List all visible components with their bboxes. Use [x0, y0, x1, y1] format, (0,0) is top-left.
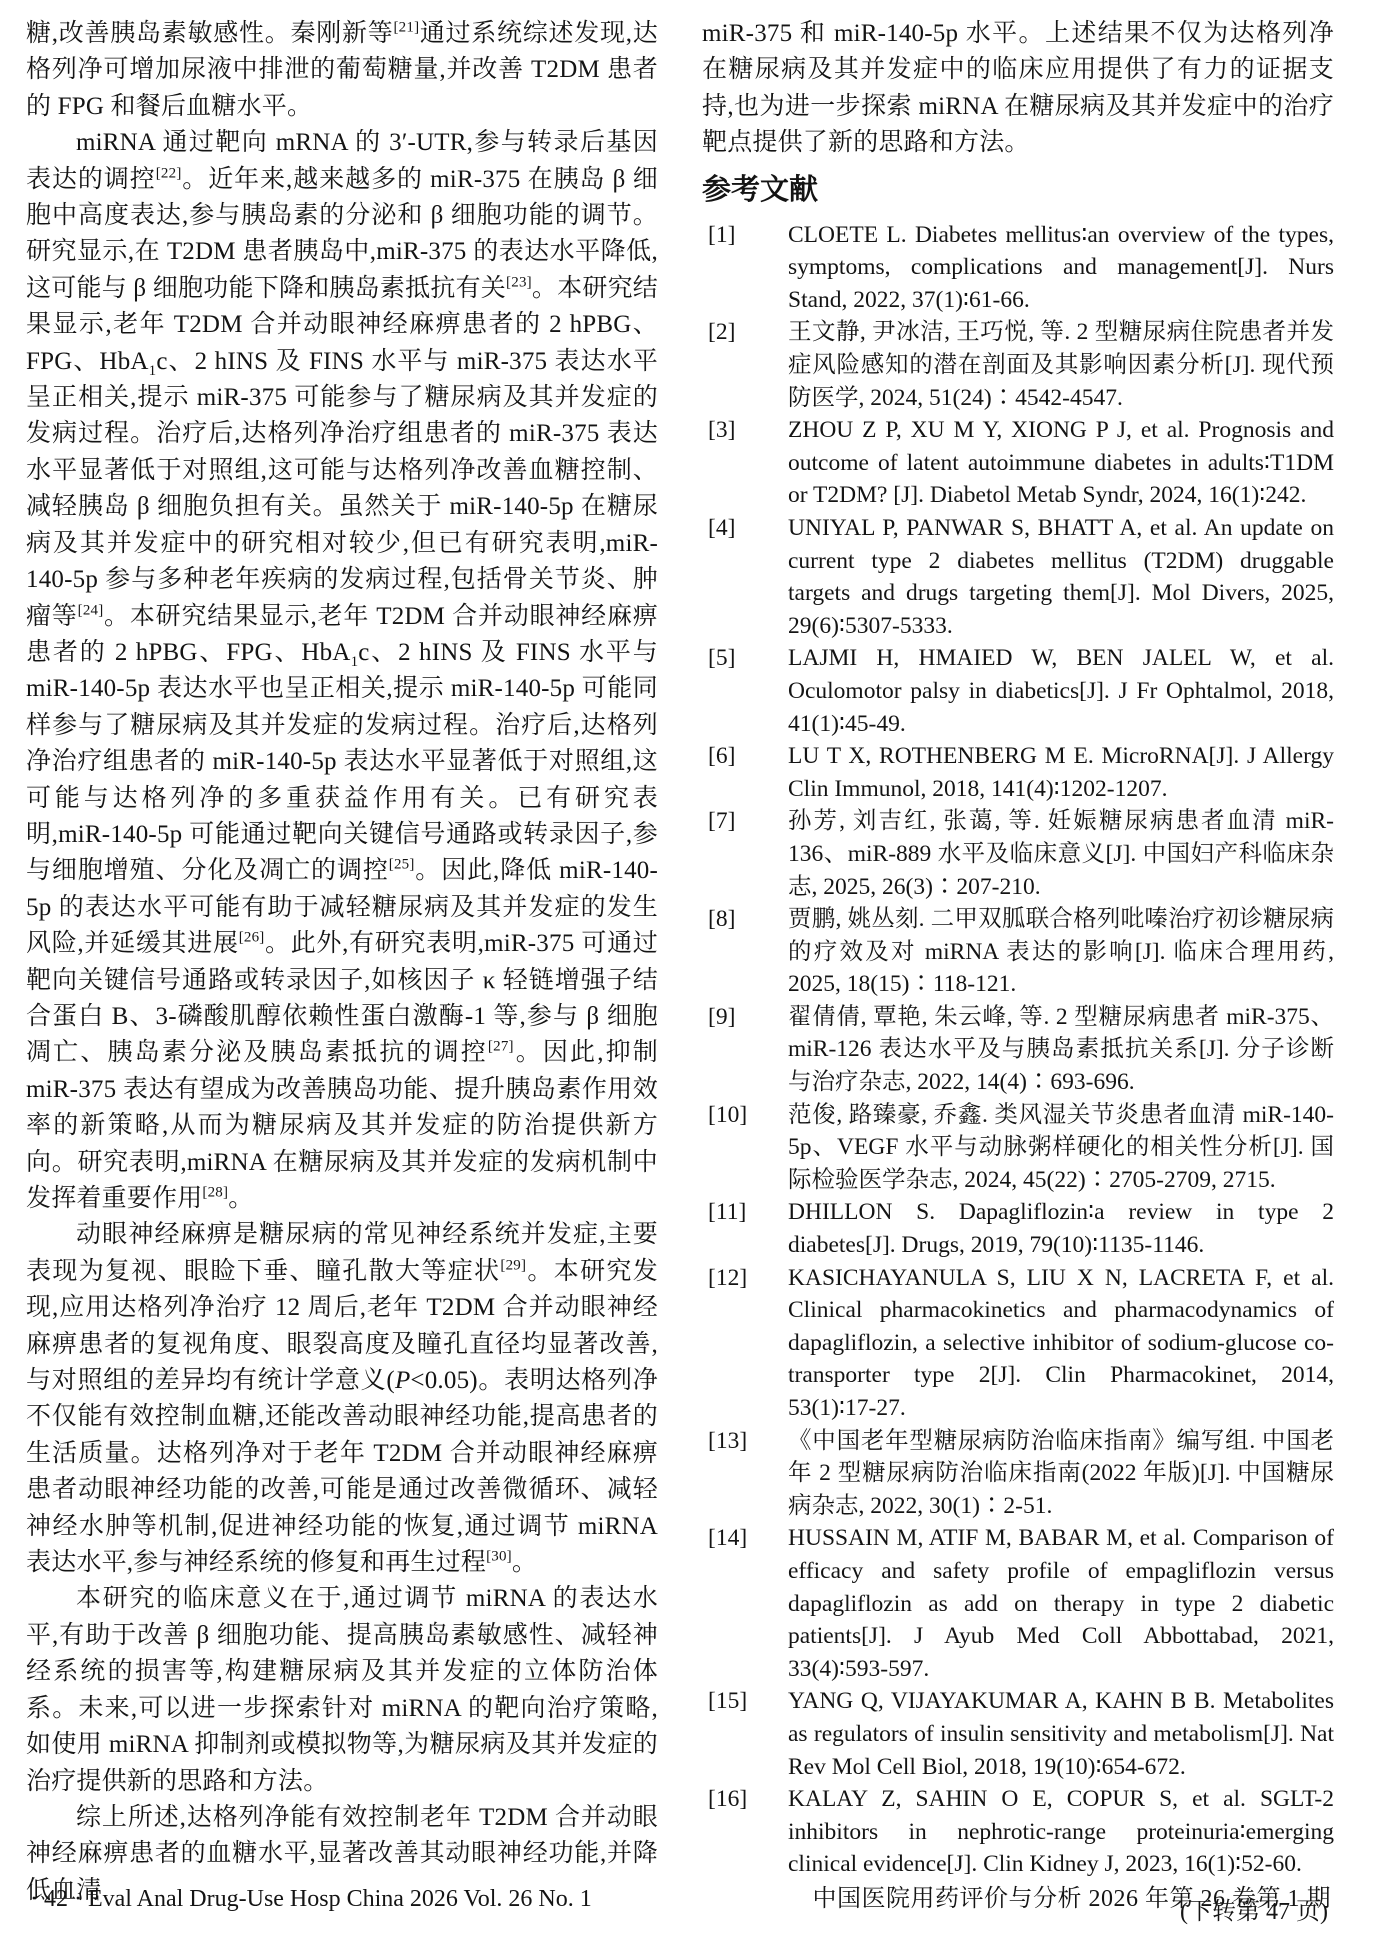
reference-text: LU T X, ROTHENBERG M E. MicroRNA[J]. J A…: [788, 743, 1334, 802]
reference-text: LAJMI H, HMAIED W, BEN JALEL W, et al. O…: [788, 645, 1334, 736]
reference-item: [3] ZHOU Z P, XU M Y, XIONG P J, et al. …: [702, 414, 1334, 512]
reference-number: [6]: [708, 740, 735, 773]
paragraph: miRNA 通过靶向 mRNA 的 3′-UTR,参与转录后基因表达的调控[22…: [26, 125, 658, 1217]
references-heading: 参考文献: [702, 176, 1334, 205]
reference-number: [15]: [708, 1685, 747, 1718]
reference-item: [16] KALAY Z, SAHIN O E, COPUR S, et al.…: [702, 1783, 1334, 1881]
footer-right-journal-info: 中国医院用药评价与分析 2026 年第 26 卷第 1 期: [813, 1884, 1332, 1914]
reference-item: [1] CLOETE L. Diabetes mellitus∶an overv…: [702, 219, 1334, 317]
reference-text: DHILLON S. Dapagliflozin∶a review in typ…: [788, 1199, 1334, 1258]
paragraph: miR-375 和 miR-140-5p 水平。上述结果不仅为达格列净在糖尿病及…: [702, 16, 1334, 162]
reference-item: [12] KASICHAYANULA S, LIU X N, LACRETA F…: [702, 1262, 1334, 1425]
reference-number: [5]: [708, 642, 735, 675]
reference-number: [4]: [708, 512, 735, 545]
paragraph: 本研究的临床意义在于,通过调节 miRNA 的表达水平,有助于改善 β 细胞功能…: [26, 1581, 658, 1799]
reference-item: [14] HUSSAIN M, ATIF M, BABAR M, et al. …: [702, 1522, 1334, 1685]
reference-number: [13]: [708, 1425, 747, 1458]
reference-list: [1] CLOETE L. Diabetes mellitus∶an overv…: [702, 219, 1334, 1881]
reference-item: [15] YANG Q, VIJAYAKUMAR A, KAHN B B. Me…: [702, 1685, 1334, 1783]
reference-text: 王文静, 尹冰洁, 王巧悦, 等. 2 型糖尿病住院患者并发症风险感知的潜在剖面…: [788, 319, 1334, 410]
reference-item: [11] DHILLON S. Dapagliflozin∶a review i…: [702, 1196, 1334, 1261]
reference-text: 《中国老年型糖尿病防治临床指南》编写组. 中国老年 2 型糖尿病防治临床指南(2…: [788, 1428, 1334, 1519]
reference-number: [2]: [708, 316, 735, 349]
reference-number: [14]: [708, 1522, 747, 1555]
reference-item: [10] 范俊, 路臻豪, 乔鑫. 类风湿关节炎患者血清 miR-140-5p、…: [702, 1099, 1334, 1197]
reference-item: [8] 贾鹏, 姚丛刻. 二甲双胍联合格列吡嗪治疗初诊糖尿病的疗效及对 miRN…: [702, 903, 1334, 1001]
reference-item: [4] UNIYAL P, PANWAR S, BHATT A, et al. …: [702, 512, 1334, 642]
reference-text: UNIYAL P, PANWAR S, BHATT A, et al. An u…: [788, 515, 1334, 639]
right-column: miR-375 和 miR-140-5p 水平。上述结果不仅为达格列净在糖尿病及…: [702, 16, 1334, 1929]
reference-text: KALAY Z, SAHIN O E, COPUR S, et al. SGLT…: [788, 1786, 1334, 1877]
page-footer: · 42 · Eval Anal Drug-Use Hosp China 202…: [0, 1884, 1375, 1914]
paragraph: 动眼神经麻痹是糖尿病的常见神经系统并发症,主要表现为复视、眼睑下垂、瞳孔散大等症…: [26, 1217, 658, 1581]
reference-number: [11]: [708, 1196, 746, 1229]
reference-item: [9] 翟倩倩, 覃艳, 朱云峰, 等. 2 型糖尿病患者 miR-375、mi…: [702, 1001, 1334, 1099]
footer-left-journal-info: · 42 · Eval Anal Drug-Use Hosp China 202…: [30, 1884, 592, 1914]
reference-text: HUSSAIN M, ATIF M, BABAR M, et al. Compa…: [788, 1525, 1334, 1681]
paragraph: 糖,改善胰岛素敏感性。秦刚新等[21]通过系统综述发现,达格列净可增加尿液中排泄…: [26, 16, 658, 125]
reference-text: CLOETE L. Diabetes mellitus∶an overview …: [788, 222, 1334, 313]
reference-text: ZHOU Z P, XU M Y, XIONG P J, et al. Prog…: [788, 417, 1334, 508]
reference-item: [6] LU T X, ROTHENBERG M E. MicroRNA[J].…: [702, 740, 1334, 805]
reference-number: [8]: [708, 903, 735, 936]
reference-number: [7]: [708, 805, 735, 838]
left-column: 糖,改善胰岛素敏感性。秦刚新等[21]通过系统综述发现,达格列净可增加尿液中排泄…: [26, 16, 658, 1929]
reference-item: [5] LAJMI H, HMAIED W, BEN JALEL W, et a…: [702, 642, 1334, 740]
reference-number: [16]: [708, 1783, 747, 1816]
reference-number: [3]: [708, 414, 735, 447]
reference-text: 翟倩倩, 覃艳, 朱云峰, 等. 2 型糖尿病患者 miR-375、miR-12…: [788, 1004, 1334, 1095]
reference-text: 范俊, 路臻豪, 乔鑫. 类风湿关节炎患者血清 miR-140-5p、VEGF …: [788, 1102, 1334, 1193]
reference-number: [9]: [708, 1001, 735, 1034]
reference-item: [13] 《中国老年型糖尿病防治临床指南》编写组. 中国老年 2 型糖尿病防治临…: [702, 1425, 1334, 1523]
reference-text: 孙芳, 刘吉红, 张蔼, 等. 妊娠糖尿病患者血清 miR-136、miR-88…: [788, 808, 1334, 899]
reference-number: [12]: [708, 1262, 747, 1295]
reference-number: [1]: [708, 219, 735, 252]
reference-item: [7] 孙芳, 刘吉红, 张蔼, 等. 妊娠糖尿病患者血清 miR-136、mi…: [702, 805, 1334, 903]
reference-item: [2] 王文静, 尹冰洁, 王巧悦, 等. 2 型糖尿病住院患者并发症风险感知的…: [702, 316, 1334, 414]
reference-text: YANG Q, VIJAYAKUMAR A, KAHN B B. Metabol…: [788, 1688, 1334, 1779]
journal-page: 糖,改善胰岛素敏感性。秦刚新等[21]通过系统综述发现,达格列净可增加尿液中排泄…: [0, 0, 1375, 1940]
reference-text: KASICHAYANULA S, LIU X N, LACRETA F, et …: [788, 1265, 1334, 1421]
reference-text: 贾鹏, 姚丛刻. 二甲双胍联合格列吡嗪治疗初诊糖尿病的疗效及对 miRNA 表达…: [788, 906, 1334, 997]
two-column-layout: 糖,改善胰岛素敏感性。秦刚新等[21]通过系统综述发现,达格列净可增加尿液中排泄…: [0, 0, 1375, 1929]
reference-number: [10]: [708, 1099, 747, 1132]
